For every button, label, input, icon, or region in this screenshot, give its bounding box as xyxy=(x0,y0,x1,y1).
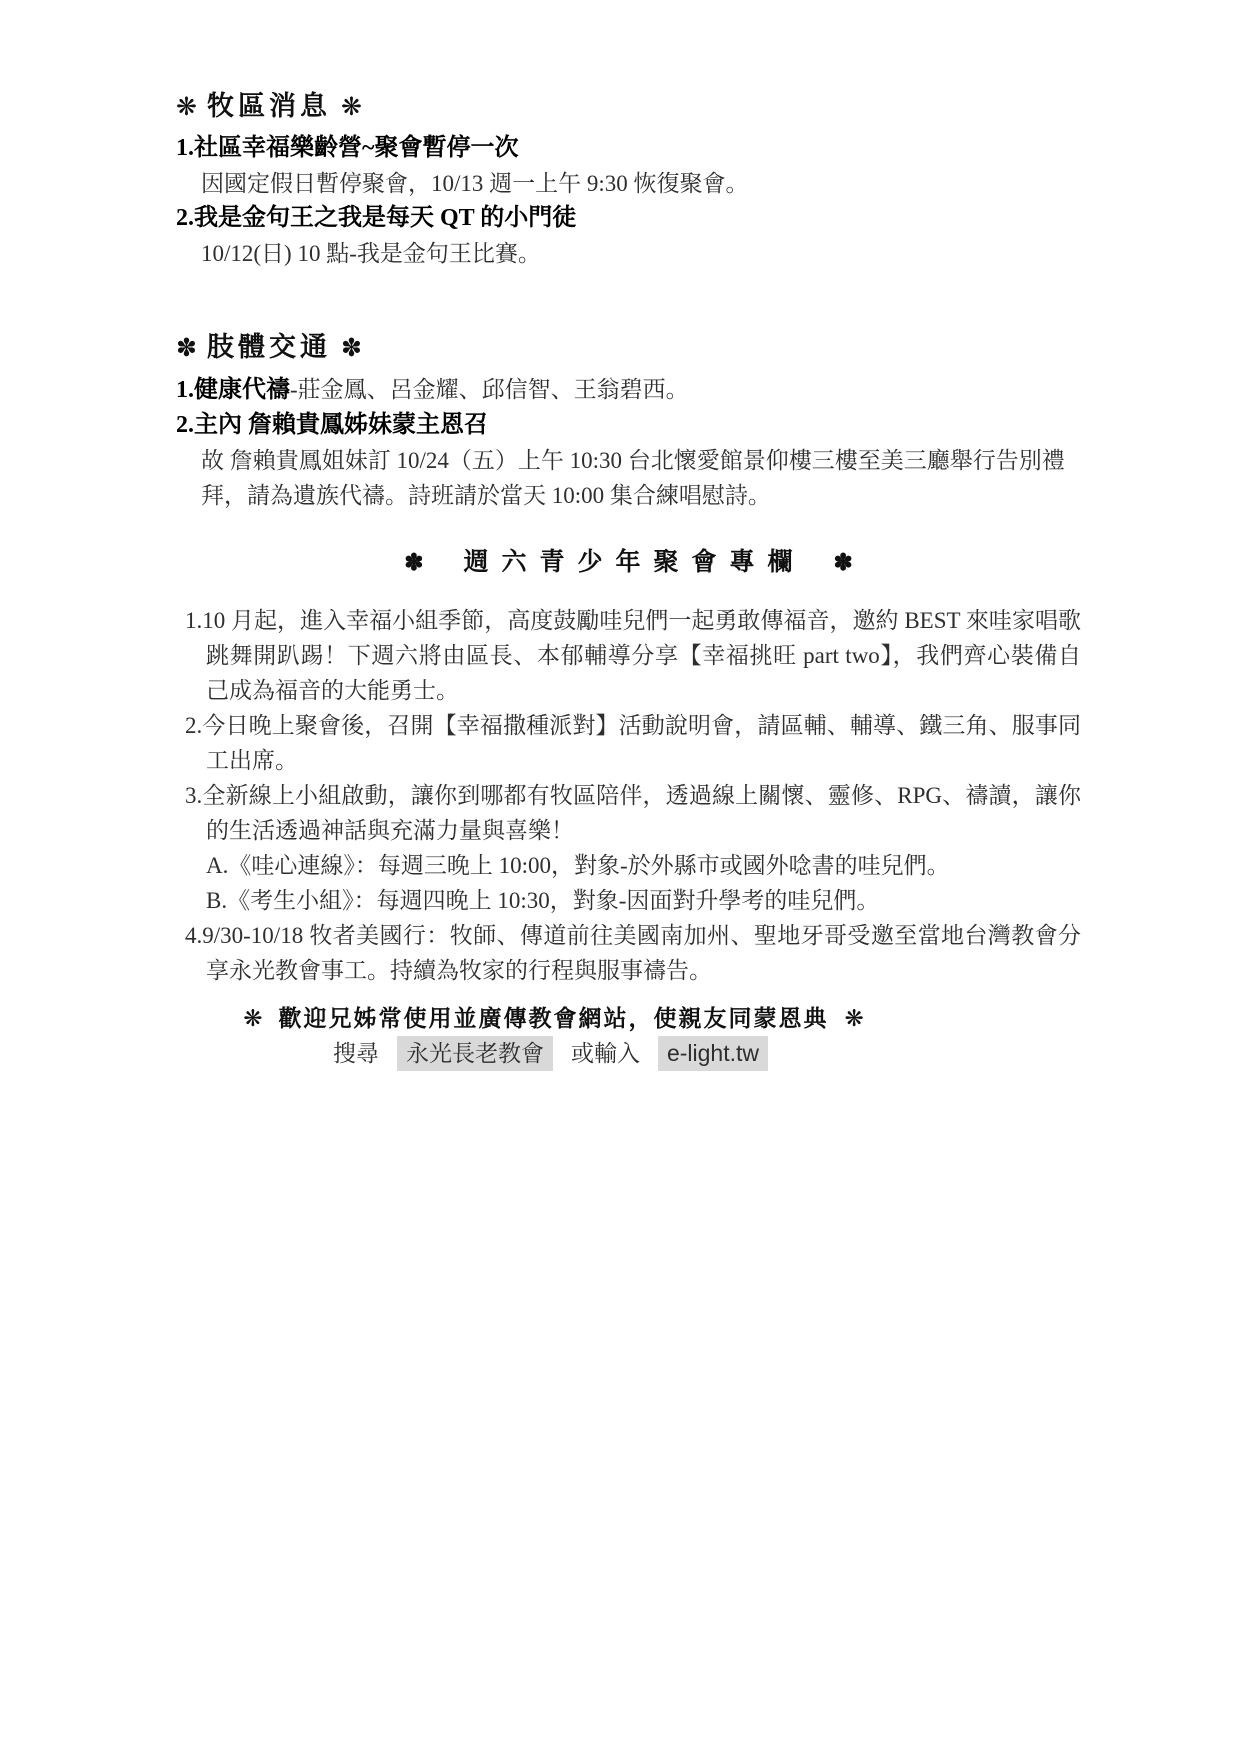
flower-icon: ✽ xyxy=(341,334,362,362)
flower-icon: ❋ xyxy=(341,93,362,121)
health-prayer-line: 1.健康代禱-莊金鳳、呂金耀、邱信智、王翁碧西。 xyxy=(176,372,1081,408)
memorial-title: 2.主內 詹賴貴鳳姊妹蒙主恩召 xyxy=(176,408,1081,443)
youth-item-3-sub-b: B.《考生小組》：每週四晚上 10:30，對象-因面對升學考的哇兒們。 xyxy=(206,883,1081,918)
health-prayer-names: -莊金鳳、呂金耀、邱信智、王翁碧西。 xyxy=(290,377,689,402)
flower-icon: ✽ xyxy=(176,334,197,362)
announcement-title: 1.社區幸福樂齡營~聚會暫停一次 xyxy=(176,131,1081,166)
section-pastoral-news: ❋牧區消息❋ 1.社區幸福樂齡營~聚會暫停一次 因國定假日暫停聚會，10/13 … xyxy=(176,88,1081,271)
website-promo: ❋歡迎兄姊常使用並廣傳教會網站，使親友同蒙恩典❋ 搜尋永光長老教會或輸入e-li… xyxy=(176,1002,931,1071)
pastoral-news-heading-text: 牧區消息 xyxy=(207,91,331,121)
fellowship-heading: ✽肢體交通✽ xyxy=(176,329,1081,366)
youth-column-heading-text: 週六青少年聚會專欄 xyxy=(463,549,805,576)
flower-icon: ❋ xyxy=(845,1005,864,1031)
bulletin-content: ❋牧區消息❋ 1.社區幸福樂齡營~聚會暫停一次 因國定假日暫停聚會，10/13 … xyxy=(176,0,1081,1071)
fellowship-heading-text: 肢體交通 xyxy=(207,332,331,362)
youth-item-1: 1.10 月起，進入幸福小組季節，高度鼓勵哇兒們一起勇敢傳福音，邀約 BEST … xyxy=(185,603,1081,708)
youth-item-3: 3.全新線上小組啟動，讓你到哪都有牧區陪伴，透過線上關懷、靈修、RPG、禱讀，讓… xyxy=(185,778,1081,848)
youth-item-2: 2.今日晚上聚會後，召開【幸福撒種派對】活動說明會，請區輔、輔導、鐵三角、服事同… xyxy=(185,708,1081,778)
announcement-title: 2.我是金句王之我是每天 QT 的小門徒 xyxy=(176,201,1081,236)
announcement-body: 10/12(日) 10 點-我是金句王比賽。 xyxy=(201,236,1081,271)
flower-icon: ✽ xyxy=(404,550,423,575)
website-url-highlight: e-light.tw xyxy=(658,1036,768,1071)
memorial-body: 故 詹賴貴鳳姐妹訂 10/24（五）上午 10:30 台北懷愛館景仰樓三樓至美三… xyxy=(201,443,1081,513)
website-promo-headline: ❋歡迎兄姊常使用並廣傳教會網站，使親友同蒙恩典❋ xyxy=(176,1002,931,1034)
pastoral-news-heading: ❋牧區消息❋ xyxy=(176,88,1081,125)
health-prayer-label: 1.健康代禱 xyxy=(176,377,290,403)
website-promo-text: 歡迎兄姊常使用並廣傳教會網站，使親友同蒙恩典 xyxy=(279,1005,829,1031)
website-promo-instructions: 搜尋永光長老教會或輸入e-light.tw xyxy=(176,1036,931,1071)
church-name-highlight: 永光長老教會 xyxy=(397,1036,553,1071)
flower-icon: ✽ xyxy=(834,550,853,575)
section-youth-column: ✽週六青少年聚會專欄✽ 1.10 月起，進入幸福小組季節，高度鼓勵哇兒們一起勇敢… xyxy=(176,545,1081,988)
flower-icon: ❋ xyxy=(176,93,197,121)
section-fellowship: ✽肢體交通✽ 1.健康代禱-莊金鳳、呂金耀、邱信智、王翁碧西。 2.主內 詹賴貴… xyxy=(176,329,1081,513)
announcement-body: 因國定假日暫停聚會，10/13 週一上午 9:30 恢復聚會。 xyxy=(201,166,1081,201)
youth-column-heading: ✽週六青少年聚會專欄✽ xyxy=(176,545,1081,581)
youth-item-4: 4.9/30-10/18 牧者美國行：牧師、傳道前往美國南加州、聖地牙哥受邀至當… xyxy=(185,918,1081,988)
youth-item-3-sub-a: A.《哇心連線》：每週三晚上 10:00，對象-於外縣市或國外唸書的哇兒們。 xyxy=(206,848,1081,883)
bulletin-page: ❋牧區消息❋ 1.社區幸福樂齡營~聚會暫停一次 因國定假日暫停聚會，10/13 … xyxy=(0,0,1241,1755)
or-enter-label: 或輸入 xyxy=(571,1040,640,1066)
flower-icon: ❋ xyxy=(243,1005,262,1031)
search-label: 搜尋 xyxy=(333,1040,379,1066)
